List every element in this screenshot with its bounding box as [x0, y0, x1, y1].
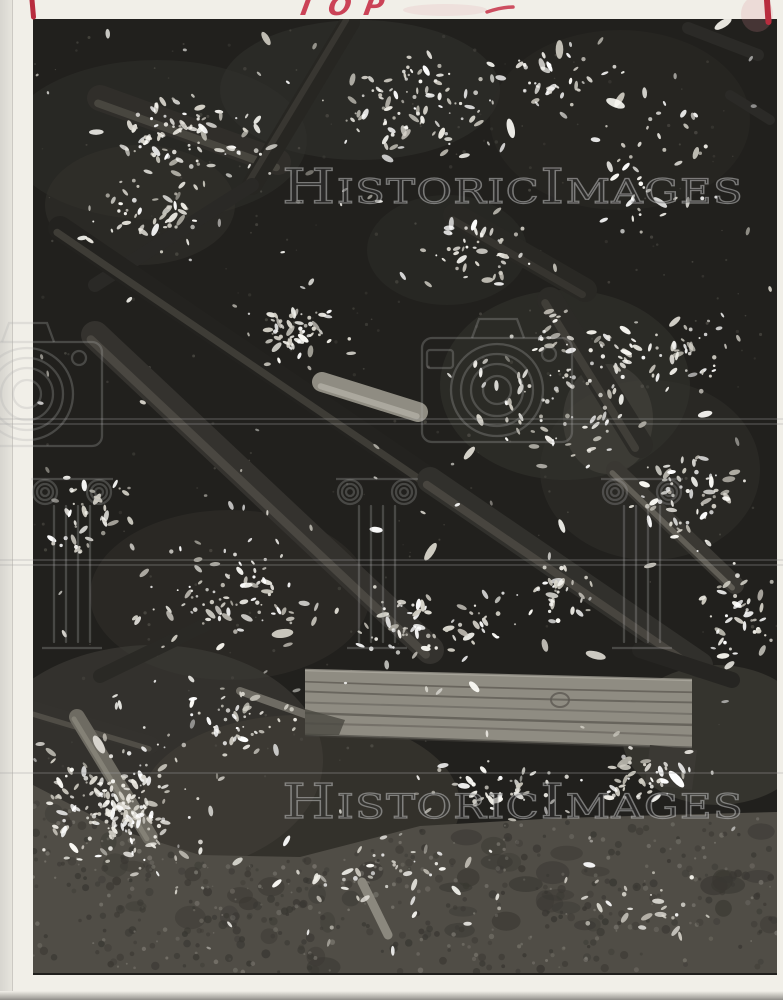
crop-mark-left — [32, 0, 34, 17]
watermark-text-bottom: HistoricImages — [282, 774, 744, 830]
scan-background: HistoricImages HistoricImages TOP — [0, 0, 783, 1000]
red-ink-smear — [403, 4, 487, 16]
top-annotation: TOP — [294, 0, 400, 22]
watermark-overlay: HistoricImages HistoricImages TOP — [0, 0, 783, 1000]
crop-mark-right — [767, 0, 769, 22]
editor-marks: TOP — [32, 0, 773, 32]
red-dash-mark — [487, 7, 513, 12]
watermark-ornaments — [0, 319, 783, 773]
watermark-text-top: HistoricImages — [282, 159, 744, 215]
